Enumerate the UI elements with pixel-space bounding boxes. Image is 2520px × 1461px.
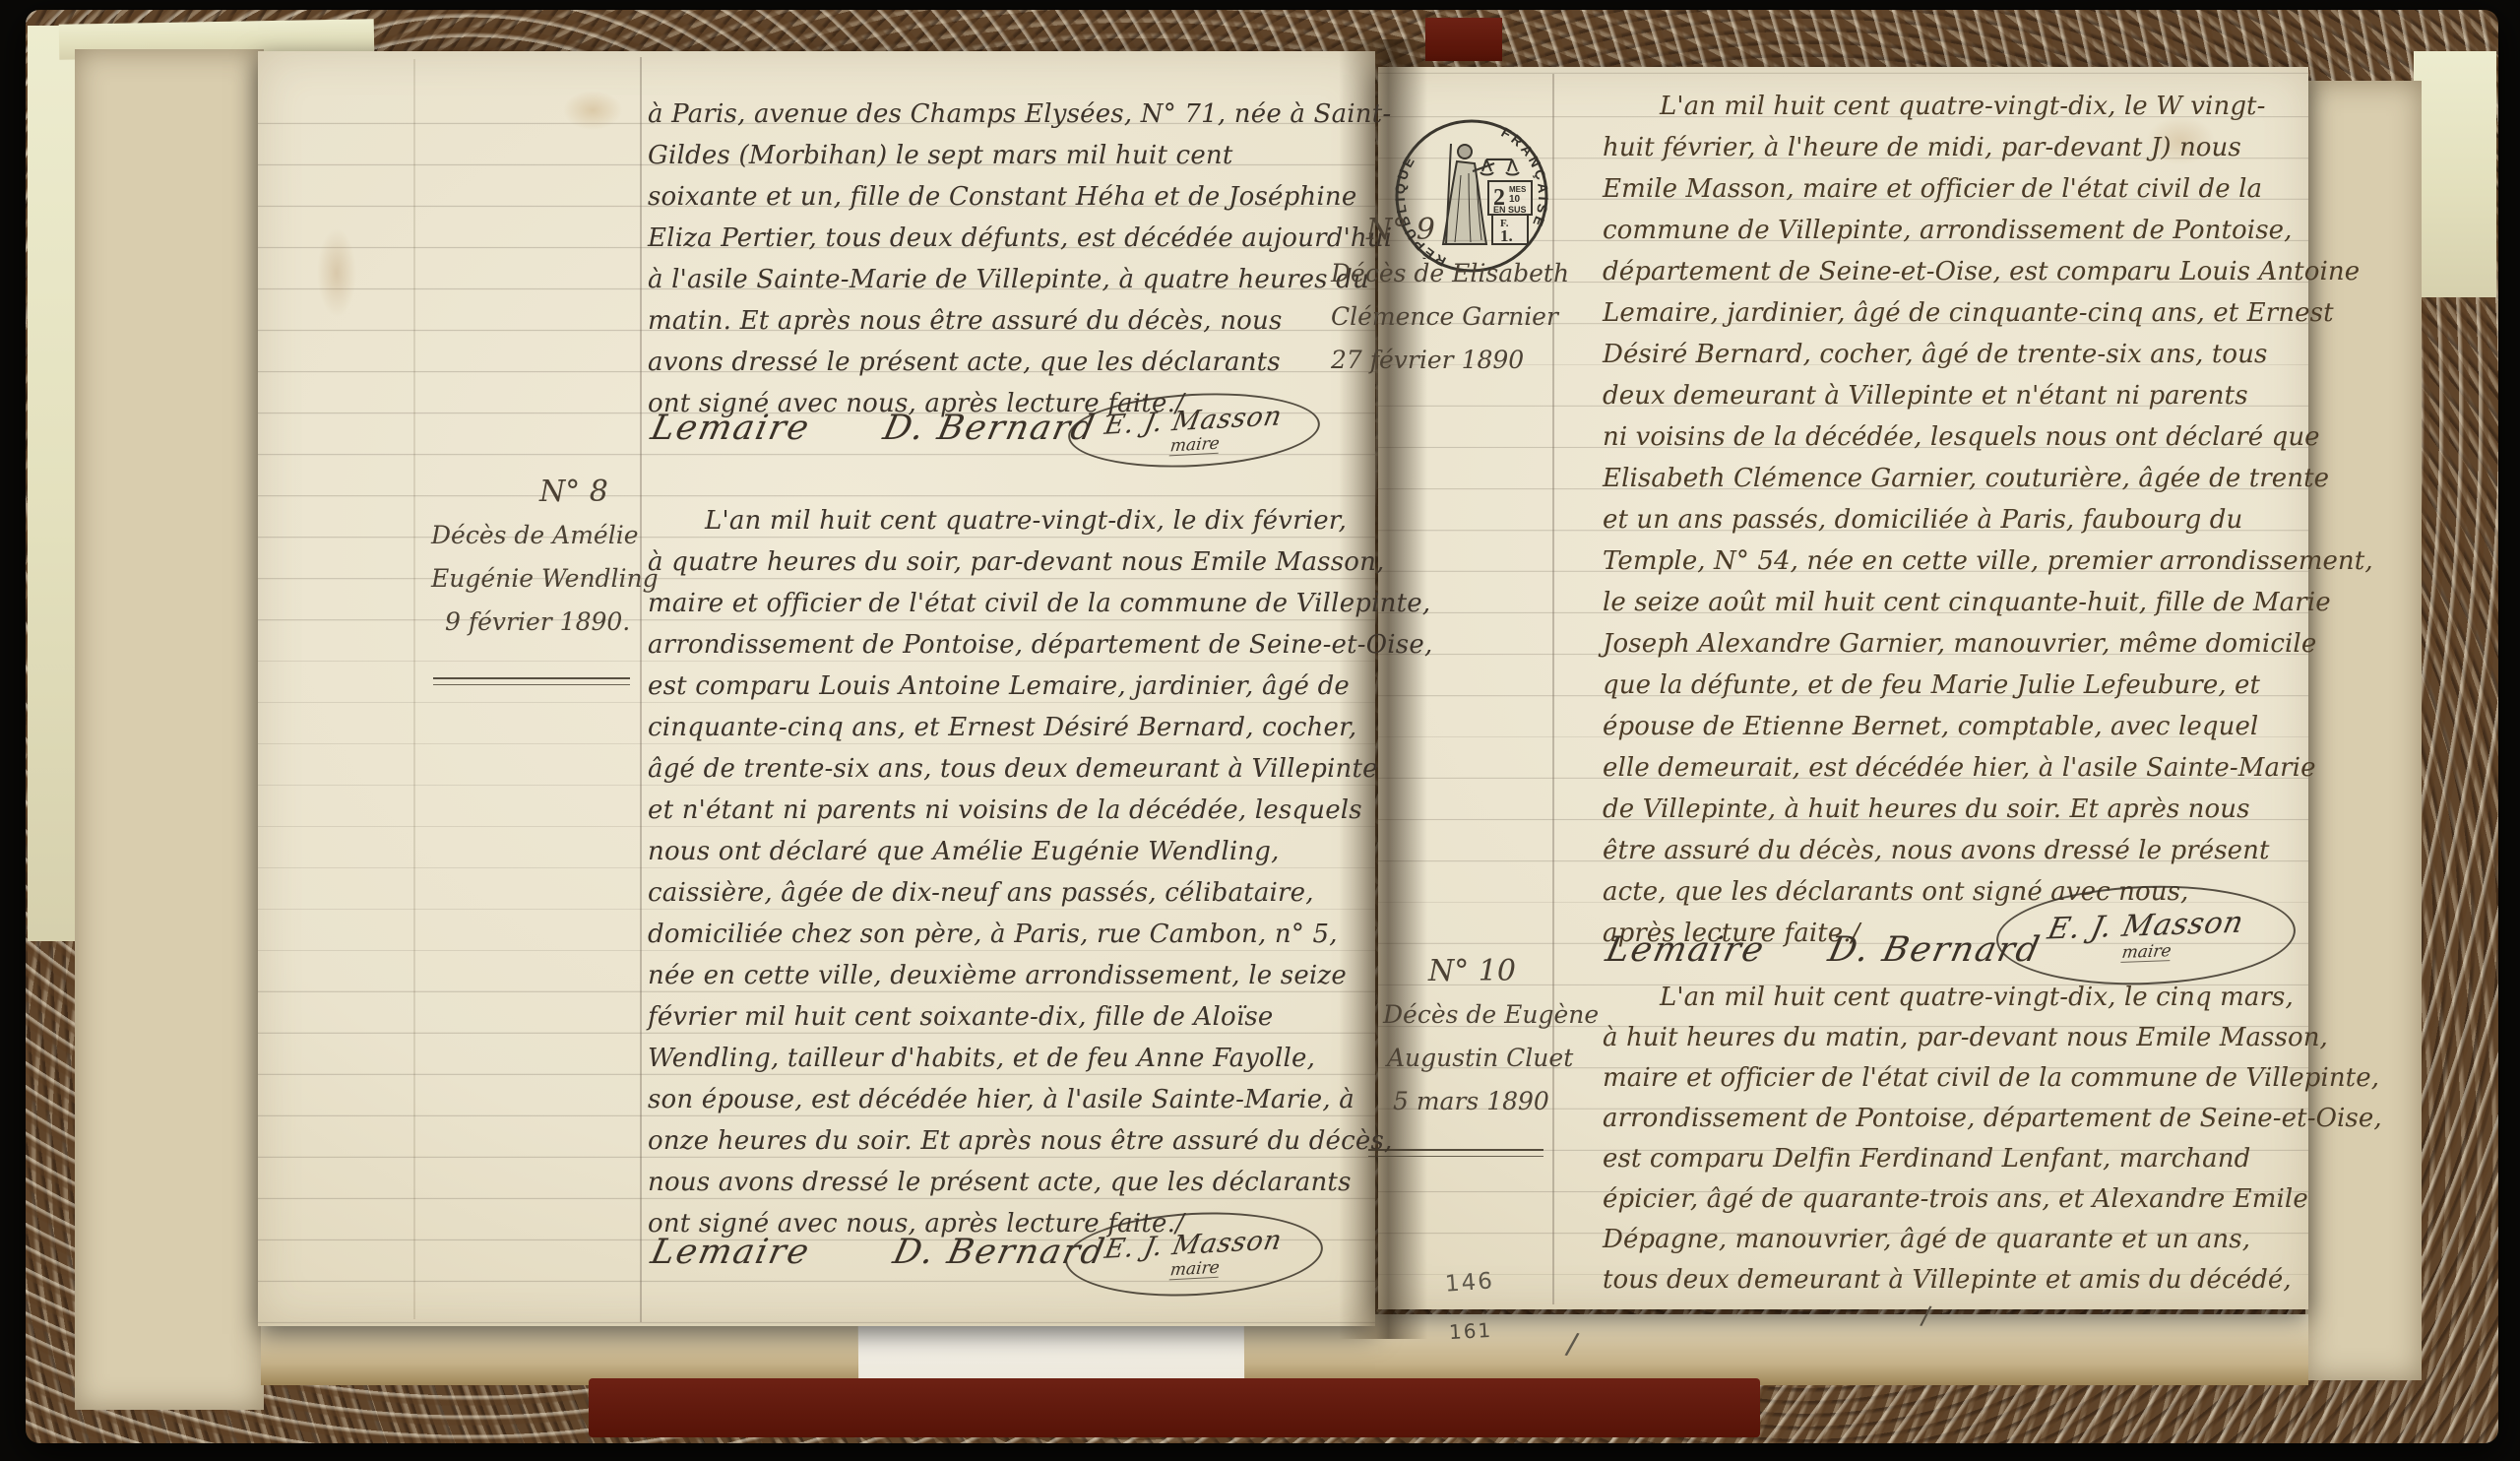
manuscript-line: maire et officier de l'état civil de la … bbox=[1603, 1058, 2331, 1099]
manuscript-line: à Paris, avenue des Champs Elysées, N° 7… bbox=[648, 94, 1381, 135]
act-7-signature-row: Lemaire D. Bernard bbox=[652, 409, 1096, 448]
manuscript-line: à quatre heures du soir, par-devant nous… bbox=[648, 541, 1381, 583]
margin-note-line: Augustin Cluet bbox=[1383, 1037, 1599, 1080]
manuscript-line: elle demeurait, est décédée hier, à l'as… bbox=[1603, 747, 2331, 789]
signature-masson-title: maire bbox=[2120, 942, 2173, 963]
act-9-signature-row: Lemaire D. Bernard bbox=[1606, 930, 2041, 970]
svg-text:MES: MES bbox=[1509, 185, 1527, 194]
signature-masson: E. J. Masson bbox=[2045, 905, 2247, 946]
manuscript-line: matin. Et après nous être assuré du décè… bbox=[648, 300, 1381, 342]
manuscript-line: tous deux demeurant à Villepinte et amis… bbox=[1603, 1260, 2331, 1301]
foxing-stain bbox=[563, 91, 622, 130]
manuscript-line: deux demeurant à Villepinte et n'étant n… bbox=[1603, 375, 2331, 416]
manuscript-line: est comparu Louis Antoine Lemaire, jardi… bbox=[648, 666, 1381, 707]
margin-note-9: N° 9 Décès de Elisabeth Clémence Garnier… bbox=[1331, 209, 1569, 382]
manuscript-line: épouse de Etienne Bernet, comptable, ave… bbox=[1603, 706, 2331, 747]
pencil-edge-number: 161 bbox=[1448, 1318, 1492, 1344]
manuscript-line: département de Seine-et-Oise, est compar… bbox=[1603, 251, 2331, 292]
manuscript-line: février mil huit cent soixante-dix, fill… bbox=[648, 996, 1381, 1038]
cover-bottom-bar bbox=[589, 1378, 1760, 1437]
signature-lemaire: Lemaire bbox=[648, 409, 814, 448]
left-cover-edge bbox=[28, 26, 77, 941]
manuscript-line: âgé de trente-six ans, tous deux demeura… bbox=[648, 748, 1381, 790]
margin-note-line: Décès de Elisabeth bbox=[1331, 252, 1569, 295]
manuscript-line: Elisabeth Clémence Garnier, couturière, … bbox=[1603, 458, 2331, 499]
manuscript-line: L'an mil huit cent quatre-vingt-dix, le … bbox=[648, 500, 1381, 541]
manuscript-line: ni voisins de la décédée, lesquels nous … bbox=[1603, 416, 2331, 458]
manuscript-line: Joseph Alexandre Garnier, manouvrier, mê… bbox=[1603, 623, 2331, 665]
manuscript-line: onze heures du soir. Et après nous être … bbox=[648, 1120, 1381, 1162]
manuscript-line: Temple, N° 54, née en cette ville, premi… bbox=[1603, 540, 2331, 582]
manuscript-line: être assuré du décès, nous avons dressé … bbox=[1603, 830, 2331, 871]
manuscript-line: avons dressé le présent acte, que les dé… bbox=[648, 342, 1381, 383]
act-8-paragraph: L'an mil huit cent quatre-vingt-dix, le … bbox=[648, 500, 1381, 1244]
foxing-stain bbox=[317, 228, 356, 317]
manuscript-line: est comparu Delfin Ferdinand Lenfant, ma… bbox=[1603, 1139, 2331, 1179]
left-page-crease bbox=[413, 59, 415, 1319]
svg-text:10: 10 bbox=[1509, 194, 1521, 205]
manuscript-line: L'an mil huit cent quatre-vingt-dix, le … bbox=[1603, 978, 2331, 1018]
manuscript-line: Désiré Bernard, cocher, âgé de trente-si… bbox=[1603, 334, 2331, 375]
right-cover-edge bbox=[2414, 51, 2496, 297]
margin-note-date: 27 février 1890 bbox=[1331, 339, 1569, 382]
margin-note-date: 5 mars 1890 bbox=[1383, 1080, 1599, 1123]
signature-bernard: D. Bernard bbox=[879, 409, 1099, 448]
cover-top-sliver bbox=[1425, 18, 1502, 61]
manuscript-line: maire et officier de l'état civil de la … bbox=[648, 583, 1381, 624]
act-10-paragraph: L'an mil huit cent quatre-vingt-dix, le … bbox=[1603, 978, 2331, 1301]
act-number: N° 9 bbox=[1331, 209, 1569, 252]
manuscript-line: Dépagne, manouvrier, âgé de quarante et … bbox=[1603, 1220, 2331, 1260]
margin-note-line: Eugénie Wendling bbox=[431, 557, 659, 601]
left-margin-rule bbox=[640, 57, 642, 1322]
manuscript-line: née en cette ville, deuxième arrondissem… bbox=[648, 955, 1381, 996]
margin-note-line: Clémence Garnier bbox=[1331, 295, 1569, 339]
margin-note-8: N° 8 Décès de Amélie Eugénie Wendling 9 … bbox=[431, 471, 659, 644]
margin-note-line: Décès de Eugène bbox=[1383, 993, 1599, 1037]
manuscript-line: commune de Villepinte, arrondissement de… bbox=[1603, 210, 2331, 251]
pencil-page-number: 146 bbox=[1444, 1268, 1495, 1297]
manuscript-line: et un ans passés, domiciliée à Paris, fa… bbox=[1603, 499, 2331, 540]
manuscript-line: Emile Masson, maire et officier de l'éta… bbox=[1603, 168, 2331, 210]
manuscript-line: épicier, âgé de quarante-trois ans, et A… bbox=[1603, 1179, 2331, 1220]
manuscript-line: caissière, âgée de dix-neuf ans passés, … bbox=[648, 872, 1381, 914]
photo-of-open-register: à Paris, avenue des Champs Elysées, N° 7… bbox=[0, 0, 2520, 1461]
manuscript-line: à huit heures du matin, par-devant nous … bbox=[1603, 1018, 2331, 1058]
manuscript-line: à l'asile Sainte-Marie de Villepinte, à … bbox=[648, 259, 1381, 300]
act-number: N° 10 bbox=[1383, 950, 1599, 993]
margin-note-line: Décès de Amélie bbox=[431, 514, 659, 557]
manuscript-line: que la défunte, et de feu Marie Julie Le… bbox=[1603, 665, 2331, 706]
signature-lemaire: Lemaire bbox=[648, 1233, 814, 1272]
manuscript-line: soixante et un, fille de Constant Héha e… bbox=[648, 176, 1381, 218]
margin-note-date: 9 février 1890. bbox=[431, 601, 659, 644]
manuscript-line: arrondissement de Pontoise, département … bbox=[1603, 1099, 2331, 1139]
margin-note-8-rule bbox=[433, 677, 630, 685]
act-number: N° 8 bbox=[431, 471, 659, 514]
manuscript-line: Wendling, tailleur d'habits, et de feu A… bbox=[648, 1038, 1381, 1079]
manuscript-line: Lemaire, jardinier, âgé de cinquante-cin… bbox=[1603, 292, 2331, 334]
manuscript-line: arrondissement de Pontoise, département … bbox=[648, 624, 1381, 666]
signature-lemaire: Lemaire bbox=[1603, 930, 1769, 970]
manuscript-line: nous ont déclaré que Amélie Eugénie Wend… bbox=[648, 831, 1381, 872]
signature-masson-title: maire bbox=[1169, 435, 1221, 457]
margin-note-10: N° 10 Décès de Eugène Augustin Cluet 5 m… bbox=[1383, 950, 1599, 1123]
margin-note-10-rule bbox=[1368, 1149, 1543, 1157]
signature-masson-title: maire bbox=[1169, 1259, 1221, 1281]
act-7-closing-paragraph: à Paris, avenue des Champs Elysées, N° 7… bbox=[648, 94, 1381, 424]
manuscript-line: Eliza Pertier, tous deux défunts, est dé… bbox=[648, 218, 1381, 259]
manuscript-line: et n'étant ni parents ni voisins de la d… bbox=[648, 790, 1381, 831]
act-8-signature-row: Lemaire D. Bernard bbox=[652, 1233, 1105, 1272]
manuscript-line: le seize août mil huit cent cinquante-hu… bbox=[1603, 582, 2331, 623]
manuscript-line: L'an mil huit cent quatre-vingt-dix, le … bbox=[1603, 86, 2331, 127]
manuscript-line: nous avons dressé le présent acte, que l… bbox=[648, 1162, 1381, 1203]
manuscript-line: domiciliée chez son père, à Paris, rue C… bbox=[648, 914, 1381, 955]
manuscript-line: Gildes (Morbihan) le sept mars mil huit … bbox=[648, 135, 1381, 176]
left-page-stack-edge bbox=[75, 49, 264, 1410]
manuscript-line: cinquante-cinq ans, et Ernest Désiré Ber… bbox=[648, 707, 1381, 748]
manuscript-line: de Villepinte, à huit heures du soir. Et… bbox=[1603, 789, 2331, 830]
manuscript-line: huit février, à l'heure de midi, par-dev… bbox=[1603, 127, 2331, 168]
manuscript-line: son épouse, est décédée hier, à l'asile … bbox=[648, 1079, 1381, 1120]
act-9-paragraph: L'an mil huit cent quatre-vingt-dix, le … bbox=[1603, 86, 2331, 954]
